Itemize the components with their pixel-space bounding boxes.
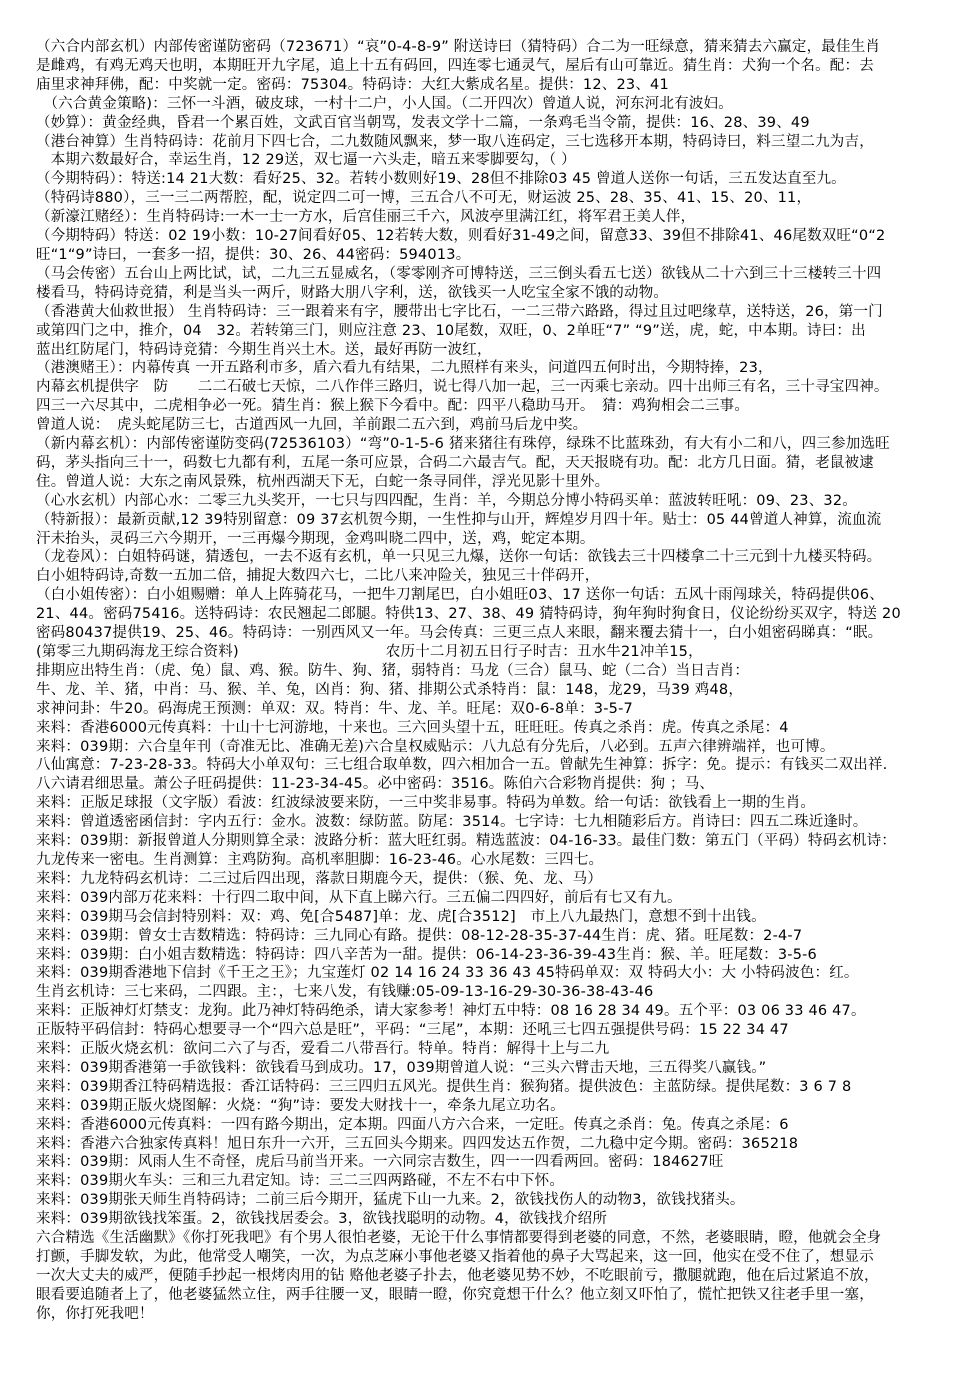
text-line: 内幕玄机提供字 防 二二石破七天惊，二八作伴三路归，说七得八加一起，三一丙乘七亲…	[36, 378, 949, 397]
text-line: 来料：039期正版火烧图解：火烧：“狗”诗：要发大财找十一，牵条九尾立功名。	[36, 1097, 949, 1116]
text-line: 八六请君细思量。萧公子旺码提供：11-23-34-45。必中密码：3516。陈伯…	[36, 775, 949, 794]
text-line: 排期应出特生肖：（虎、兔）鼠、鸡、猴。防牛、狗、猪，弱特肖：马龙（三合）鼠马、蛇…	[36, 662, 949, 681]
text-line: （六合内部玄机）内部传密谨防密码（723671）“哀”0-4-8-9” 附送诗曰…	[36, 38, 949, 57]
text-line: 来料：039期香江特码精选报：香江话特码：三三四归五风光。提供生肖：猴狗猪。提供…	[36, 1078, 949, 1097]
text-line: （龙卷风）：白姐特码谜，猜透包，一去不返有玄机，单一只见三九爆，送你一句话：欲钱…	[36, 548, 949, 567]
text-line: 楼看马，特码诗竞猜，利是当头一两斤，财路大朋八字利，送，欲钱买一人吃宝全家不饿的…	[36, 284, 949, 303]
text-line: 来料：九龙特码玄机诗：二三过后四出现，落款日期鹿今天，提供：（猴、免、龙、马）	[36, 870, 949, 889]
text-line: 密码80437提供19、25、46。特码诗：一别西风又一年。马会传真：三更三点人…	[36, 624, 949, 643]
text-line: 生肖玄机诗：三七来码，二四跟。主：，七来八发，有钱赚:05-09-13-16-2…	[36, 983, 949, 1002]
text-line: 来料：039期：风雨人生不奇怪，虎后马前当开来。一六同宗吉数生，四一一四看两回。…	[36, 1153, 949, 1172]
text-line: （今期特码）特送：02 19小数：10-27间看好05、12若转大数，则看好31…	[36, 227, 949, 246]
text-line: 本期六数最好合，幸运生肖，12 29送，双七逼一六头走，暗五来零脚要勾，（ ）	[36, 151, 949, 170]
text-line: 来料：正版火烧玄机：欲问二六了与否，爱看二八带吾行。特单。特肖：解得十上与二九	[36, 1040, 949, 1059]
text-line: 汗未抬头，灵码三六今期开，一三再爆今期现，金鸡叫晓二四中，送，鸡，蛇定本期。	[36, 530, 949, 549]
text-line: （白小姐传密）：白小姐赐赠：单人上阵骑花马，一把牛刀割尾巴，白小姐旺03、17 …	[36, 586, 949, 605]
text-line: 来料：039内部万花来料：十行四二取中间，从下直上睇六行。三五偏二四四好，前后有…	[36, 889, 949, 908]
text-line: 你，你打死我吧！	[36, 1305, 949, 1324]
text-line: （港台神算）生肖特码诗：花前月下四七合，二九数随风飘来，梦一取八连码定，三七选移…	[36, 133, 949, 152]
text-line: 来料：香港6000元传真料：一四有路今期出，定本期。四面八方六合来，一定旺。传真…	[36, 1116, 949, 1135]
text-line: 住。曾道人说：大东之南风景殊，杭州西湖天下无，白蛇一条寻同伴，浮光见影十里外。	[36, 473, 949, 492]
text-line: （新濠江赌经）：生肖特码诗:一木一士一方水，后宫佳丽三千六，风波亭里满江红，将军…	[36, 208, 949, 227]
text-line: （六合黄金策略)：三怀一斗酒，破皮球，一村十二户，小人国。（二开四次）曾道人说，…	[36, 95, 949, 114]
text-line: 庙里求神拜佛，配：中奖就一定。密码：75304。特码诗：大红大紫成名星。提供：1…	[36, 76, 949, 95]
text-line: 牛、龙、羊、猪，中肖：马、猴、羊、兔，凶肖：狗、猪、排期公式杀特肖：鼠：148，…	[36, 681, 949, 700]
text-line: 码，茅头指向三十一，码数七九都有利，五尾一条可应景，合码二六最吉气。配，天天报晓…	[36, 454, 949, 473]
text-line: 来料：039期火车头：三和三九君定知。诗：三二三四两路碰，不左不右中下怀。	[36, 1172, 949, 1191]
text-line: 来料：香港6000元传真料：十山十七河游地，十来也。三六回头望十五，旺旺旺。传真…	[36, 719, 949, 738]
text-line: 六合精选《生活幽默》《你打死我吧》有个男人很怕老婆，无论干什么事情都要得到老婆的…	[36, 1229, 949, 1248]
text-line: （马会传密）五台山上两比试，试，二九三五显威名，（零零刚齐可博特送，三三倒头看五…	[36, 265, 949, 284]
text-line: 一次大丈夫的威严，便随手抄起一根烤肉用的钻 赂他老婆子扑去，他老婆见势不妙，不吃…	[36, 1267, 949, 1286]
text-line: 来料：039期：新报曾道人分期则算全录：波路分析：蓝大旺红弱。精选蓝波：04-1…	[36, 832, 949, 851]
page: { "page": { "background_color": "#ffffff…	[0, 0, 959, 1388]
text-line: 是雌鸡，有鸡无鸡天也明，本期旺开九字尾，追上十五有码回，四连零七通灵气，屋后有山…	[36, 57, 949, 76]
text-line: 白小姐特码诗,奇数一五加二倍，捕捉大数四六七，二比八来冲险关，独见三十伴码开，	[36, 567, 949, 586]
text-line: 曾道人说： 虎头蛇尾防三七，古道西风一九回，羊前跟二五六到，鸡前马后龙中奖。	[36, 416, 949, 435]
text-line: 八仙寓意：7-23-28-33。特码大小单双句：三七组合取单数，四六相加合一五。…	[36, 756, 949, 775]
text-line: 来料：039期：六合皇年刊（奇准无比、准确无差)六合皇权威贴示：八九总有分先后，…	[36, 738, 949, 757]
text-line: 来料：香港六合独家传真料！旭日东升一六开，三五回头今期来。四四发达五作贺，二九稳…	[36, 1135, 949, 1154]
text-line: （心水玄机）内部心水：二零三九头奖开，一七只与四四配，生肖：羊，今期总分博小特码…	[36, 492, 949, 511]
text-line: 求神问卦：牛20。码海虎王预测：单双：双。特肖：牛、龙、羊。旺尾：双0-6-8单…	[36, 700, 949, 719]
text-line: （今期特码）：特送:14 21大数：看好25、32。若转小数则好19、28但不排…	[36, 170, 949, 189]
text-line: 来料：039期：白小姐吉数精选：特码诗：四八辛苦为一甜。提供：06-14-23-…	[36, 946, 949, 965]
text-line: （特码诗880），三一三二两帮腔，配，说定四二可一博，三五合八不可无，财运波 2…	[36, 189, 949, 208]
text-line: （特新报）：最新贡献,12 39特别留意：09 37玄机贺今期，一生性抑与山开，…	[36, 511, 949, 530]
text-line: 来料：正版足球报（文字版）看波：红波绿波要来防，一三中奖非易事。特码为单数。给一…	[36, 794, 949, 813]
text-line: （妙算）：黄金经典，昏君一个累百姓，文武百官当朝骂，发表文学十二篇，一条鸡毛当令…	[36, 114, 949, 133]
text-line: 21、44。密码75416。送特码诗：农民翘起二郎腿。特供13、27、38、49…	[36, 605, 949, 624]
text-line: 旺“1“9”诗曰，一套多一招，提供：30、26、44密码：594013。	[36, 246, 949, 265]
text-line: （新内幕玄机）：内部传密谨防变码(72536103）“弯”0-1-5-6 猪来猪…	[36, 435, 949, 454]
text-line: 眼看要追随者上了，他老婆猛然立住，两手往腰一叉，眼睛一瞪，你究竟想干什么？他立刻…	[36, 1286, 949, 1305]
text-line: 来料：曾道透密函信封：字内五行：金水。波数：绿防蓝。防尾：3514。七字诗：七九…	[36, 813, 949, 832]
text-line: 来料：039期：曾女士吉数精选：特码诗：三九同心有路。提供：08-12-28-3…	[36, 927, 949, 946]
text-line: 九龙传来一密电。生肖测算：主鸡防狗。高机率胆脚：16-23-46。心水尾数：三四…	[36, 851, 949, 870]
text-line: （香港黄大仙救世报） 生肖特码诗：三一跟着来有字，腰带出七字比石，一二三带六路路…	[36, 303, 949, 322]
text-line: 蓝出红防尾门，特码诗竞猜：今期生肖兴土木。送，最好再防一波红，	[36, 341, 949, 360]
text-line: （港澳赌王）：内幕传真 一开五路利市多，盾六看九有结果，二九照样有来头，问道四五…	[36, 359, 949, 378]
text-line: 正版特平码信封：特码心想要寻一个“四六总是旺”，平码：“三尾”，本期：还吼三七四…	[36, 1021, 949, 1040]
text-line: 来料：039期欲钱找笨蛋。2，欲钱找居委会。3，欲钱找聪明的动物。4，欲钱找介绍…	[36, 1210, 949, 1229]
text-line: 来料：039期马会信封特别料：双：鸡、免[合5487]单：龙、虎[合3512] …	[36, 908, 949, 927]
text-line: 来料：039期香港第一手欲钱料：欲钱看马到成功。17，039期曾道人说：“三头六…	[36, 1059, 949, 1078]
text-line: 来料：039期张天师生肖特码诗；二前三后今期开，猛虎下山一九来。2，欲钱找伤人的…	[36, 1191, 949, 1210]
text-line: 四三一六尽其中，二虎相争必一死。猜生肖：猴上猴下今看中。配：四平八稳助马开。 猜…	[36, 397, 949, 416]
text-line: 来料：正版神灯灯禁支：龙狗。此乃神灯特码绝杀，请大家参考！神灯五中特：08 16…	[36, 1002, 949, 1021]
text-line: 或第四门之中，推介，04 32。若转第三门，则应注意 23、10尾数，双旺，0、…	[36, 322, 949, 341]
text-line: (第零三九期码海龙王综合资料) 农历十二月初五日行子时吉：丑水牛21冲羊15，	[36, 643, 949, 662]
text-line: 来料：039期香港地下信封《千王之王》；九宝莲灯 02 14 16 24 33 …	[36, 964, 949, 983]
document-body: （六合内部玄机）内部传密谨防密码（723671）“哀”0-4-8-9” 附送诗曰…	[0, 0, 959, 1324]
text-line: 打颤，手脚发软，为此，他常受人嘲笑，一次，为点芝麻小事他老婆又指着他的鼻子大骂起…	[36, 1248, 949, 1267]
